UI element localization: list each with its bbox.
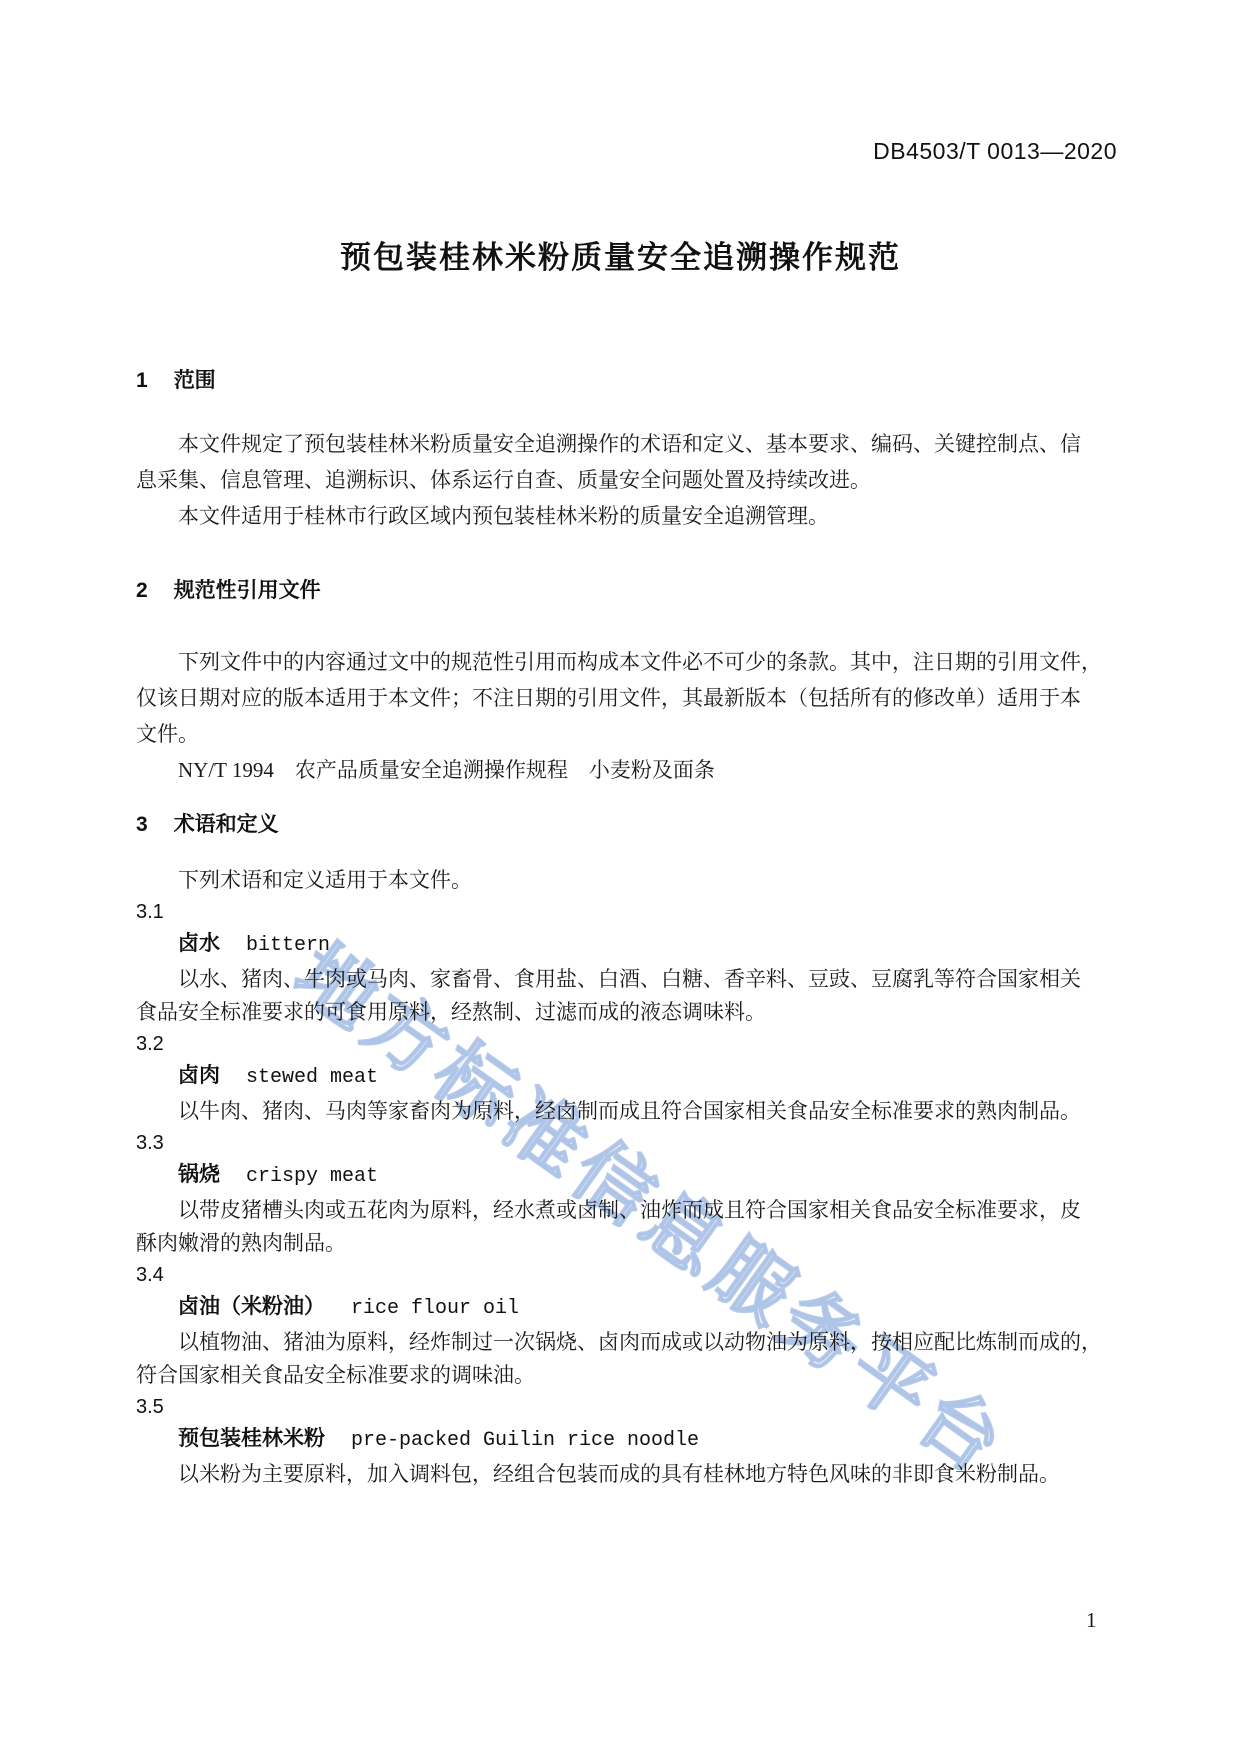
page-number: 1	[1086, 1608, 1097, 1633]
term-name-en: bittern	[246, 934, 330, 957]
section-heading-scope: 1范围	[136, 368, 1114, 394]
term-name-en: pre-packed Guilin rice noodle	[351, 1429, 699, 1452]
term-name-zh: 卤肉	[178, 1064, 220, 1087]
term-name-zh: 卤水	[178, 932, 220, 955]
term-definition-line: 以牛肉、猪肉、马肉等家畜肉为原料，经卤制而成且符合国家相关食品安全标准要求的熟肉…	[136, 1095, 1114, 1128]
term-heading: 预包装桂林米粉pre-packed Guilin rice noodle	[136, 1422, 1114, 1458]
term-name-en: rice flour oil	[351, 1297, 519, 1320]
term-name-zh: 卤油（米粉油）	[178, 1295, 325, 1318]
document-body: 1范围 本文件规定了预包装桂林米粉质量安全追溯操作的术语和定义、基本要求、编码、…	[136, 368, 1114, 1491]
paragraph-line: 下列文件中的内容通过文中的规范性引用而构成本文件必不可少的条款。其中，注日期的引…	[136, 644, 1114, 680]
term-name-en: crispy meat	[246, 1165, 378, 1188]
document-page: 地方标准信息服务平台 DB4503/T 0013—2020 预包装桂林米粉质量安…	[0, 0, 1241, 1754]
term-definition-line: 酥肉嫩滑的熟肉制品。	[136, 1227, 1114, 1260]
term-definition-line: 以水、猪肉、牛肉或马肉、家畜骨、食用盐、白酒、白糖、香辛料、豆豉、豆腐乳等符合国…	[136, 963, 1114, 996]
section-label: 范围	[174, 369, 216, 392]
reference-entry: NY/T 1994 农产品质量安全追溯操作规程 小麦粉及面条	[136, 752, 1114, 788]
term-number: 3.3	[136, 1128, 1114, 1158]
term-heading: 卤水bittern	[136, 927, 1114, 963]
paragraph-line: 本文件适用于桂林市行政区域内预包装桂林米粉的质量安全追溯管理。	[136, 498, 1114, 534]
term-definition-line: 以植物油、猪油为原料，经炸制过一次锅烧、卤肉而成或以动物油为原料，按相应配比炼制…	[136, 1326, 1114, 1359]
term-heading: 锅烧crispy meat	[136, 1158, 1114, 1194]
terms-intro: 下列术语和定义适用于本文件。	[136, 864, 1114, 897]
term-definition-line: 符合国家相关食品安全标准要求的调味油。	[136, 1359, 1114, 1392]
term-definition-line: 食品安全标准要求的可食用原料，经熬制、过滤而成的液态调味料。	[136, 996, 1114, 1029]
term-number: 3.4	[136, 1260, 1114, 1290]
term-number: 3.2	[136, 1029, 1114, 1059]
section-label: 术语和定义	[174, 813, 279, 836]
paragraph-line: 仅该日期对应的版本适用于本文件；不注日期的引用文件，其最新版本（包括所有的修改单…	[136, 680, 1114, 716]
term-name-zh: 锅烧	[178, 1163, 220, 1186]
term-heading: 卤肉stewed meat	[136, 1059, 1114, 1095]
section-heading-normative-references: 2规范性引用文件	[136, 578, 1114, 604]
section-number: 2	[136, 579, 148, 602]
section-number: 3	[136, 813, 148, 836]
term-number: 3.1	[136, 897, 1114, 927]
page-title: 预包装桂林米粉质量安全追溯操作规范	[0, 232, 1241, 277]
paragraph-line: 息采集、信息管理、追溯标识、体系运行自查、质量安全问题处置及持续改进。	[136, 462, 1114, 498]
paragraph-line: 本文件规定了预包装桂林米粉质量安全追溯操作的术语和定义、基本要求、编码、关键控制…	[136, 426, 1114, 462]
section-label: 规范性引用文件	[174, 579, 321, 602]
section-number: 1	[136, 369, 148, 392]
term-number: 3.5	[136, 1392, 1114, 1422]
term-heading: 卤油（米粉油）rice flour oil	[136, 1290, 1114, 1326]
term-name-zh: 预包装桂林米粉	[178, 1427, 325, 1450]
term-definition-line: 以米粉为主要原料，加入调料包，经组合包装而成的具有桂林地方特色风味的非即食米粉制…	[136, 1458, 1114, 1491]
term-definition-line: 以带皮猪槽头肉或五花肉为原料，经水煮或卤制、油炸而成且符合国家相关食品安全标准要…	[136, 1194, 1114, 1227]
paragraph-line: 文件。	[136, 716, 1114, 752]
standard-number: DB4503/T 0013—2020	[873, 138, 1117, 165]
section-heading-terms-definitions: 3术语和定义	[136, 812, 1114, 838]
term-name-en: stewed meat	[246, 1066, 378, 1089]
